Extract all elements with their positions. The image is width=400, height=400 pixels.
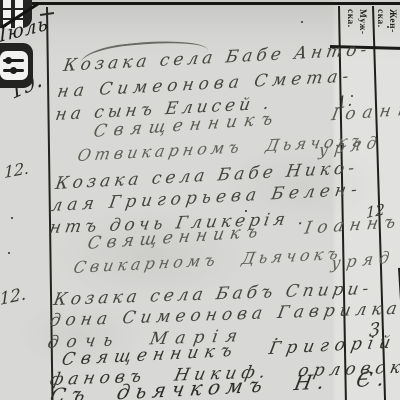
filter-button[interactable] <box>0 43 33 88</box>
table-rule-top <box>0 2 400 5</box>
document-scan: Муж- ска. Жен- ска. Іюль 19. 12. 12. Коз… <box>0 0 400 400</box>
margin-day-record2: 12. <box>4 158 29 182</box>
filter-sliders-icon <box>0 51 28 80</box>
column-header-male-sex: Муж- ска. <box>344 9 368 35</box>
column-header-female-sex: Жен- ска. <box>374 9 398 33</box>
margin-day-record3: 12. <box>0 284 26 310</box>
